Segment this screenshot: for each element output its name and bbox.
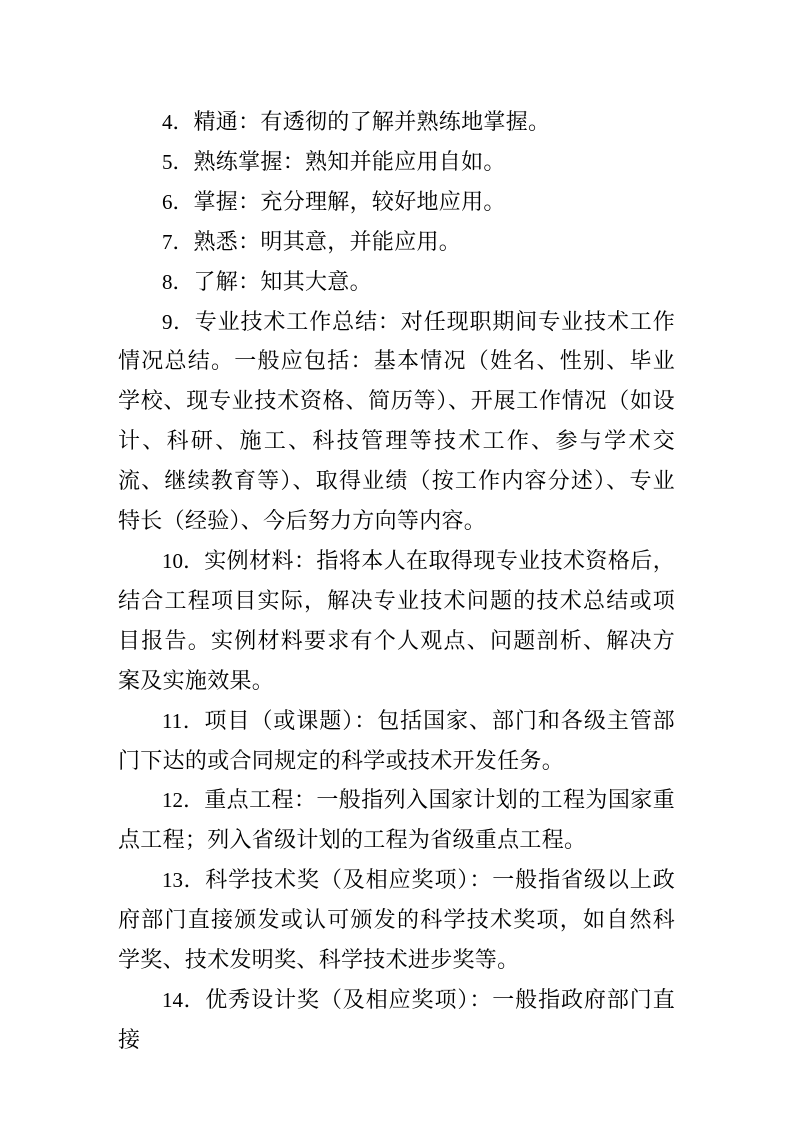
item-number: 8． <box>162 270 194 294</box>
item-number: 4． <box>162 110 194 134</box>
definition-item-7: 7．熟悉：明其意，并能应用。 <box>118 223 675 263</box>
item-text: 专业技术工作总结：对任现职期间专业技术工作情况总结。一般应包括：基本情况（姓名、… <box>118 310 675 535</box>
item-number: 11． <box>162 709 205 733</box>
definition-item-5: 5．熟练掌握：熟知并能应用自如。 <box>118 143 675 183</box>
item-text: 掌握：充分理解，较好地应用。 <box>194 190 506 215</box>
item-number: 12． <box>162 788 204 812</box>
definition-item-9: 9．专业技术工作总结：对任现职期间专业技术工作情况总结。一般应包括：基本情况（姓… <box>118 303 675 542</box>
item-number: 10． <box>162 549 204 573</box>
item-number: 14． <box>162 988 205 1012</box>
definition-item-4: 4．精通：有透彻的了解并熟练地掌握。 <box>118 103 675 143</box>
definition-item-13: 13．科学技术奖（及相应奖项）：一般指省级以上政府部门直接颁发或认可颁发的科学技… <box>118 861 675 981</box>
definition-item-12: 12．重点工程：一般指列入国家计划的工程为国家重点工程；列入省级计划的工程为省级… <box>118 781 675 861</box>
item-text: 熟练掌握：熟知并能应用自如。 <box>194 150 506 175</box>
definition-item-6: 6．掌握：充分理解，较好地应用。 <box>118 183 675 223</box>
item-text: 精通：有透彻的了解并熟练地掌握。 <box>194 110 551 135</box>
item-number: 9． <box>162 310 195 334</box>
document-page: 4．精通：有透彻的了解并熟练地掌握。 5．熟练掌握：熟知并能应用自如。 6．掌握… <box>118 103 675 1061</box>
item-number: 5． <box>162 150 194 174</box>
definition-item-8: 8．了解：知其大意。 <box>118 263 675 303</box>
definition-item-11: 11．项目（或课题）：包括国家、部门和各级主管部门下达的或合同规定的科学或技术开… <box>118 702 675 782</box>
item-number: 13． <box>162 868 205 892</box>
item-number: 7． <box>162 230 194 254</box>
item-number: 6． <box>162 190 194 214</box>
item-text: 了解：知其大意。 <box>194 270 372 295</box>
definition-item-10: 10．实例材料：指将本人在取得现专业技术资格后，结合工程项目实际，解决专业技术问… <box>118 542 675 702</box>
definition-item-14: 14．优秀设计奖（及相应奖项）：一般指政府部门直接 <box>118 981 675 1061</box>
item-text: 熟悉：明其意，并能应用。 <box>194 230 462 255</box>
